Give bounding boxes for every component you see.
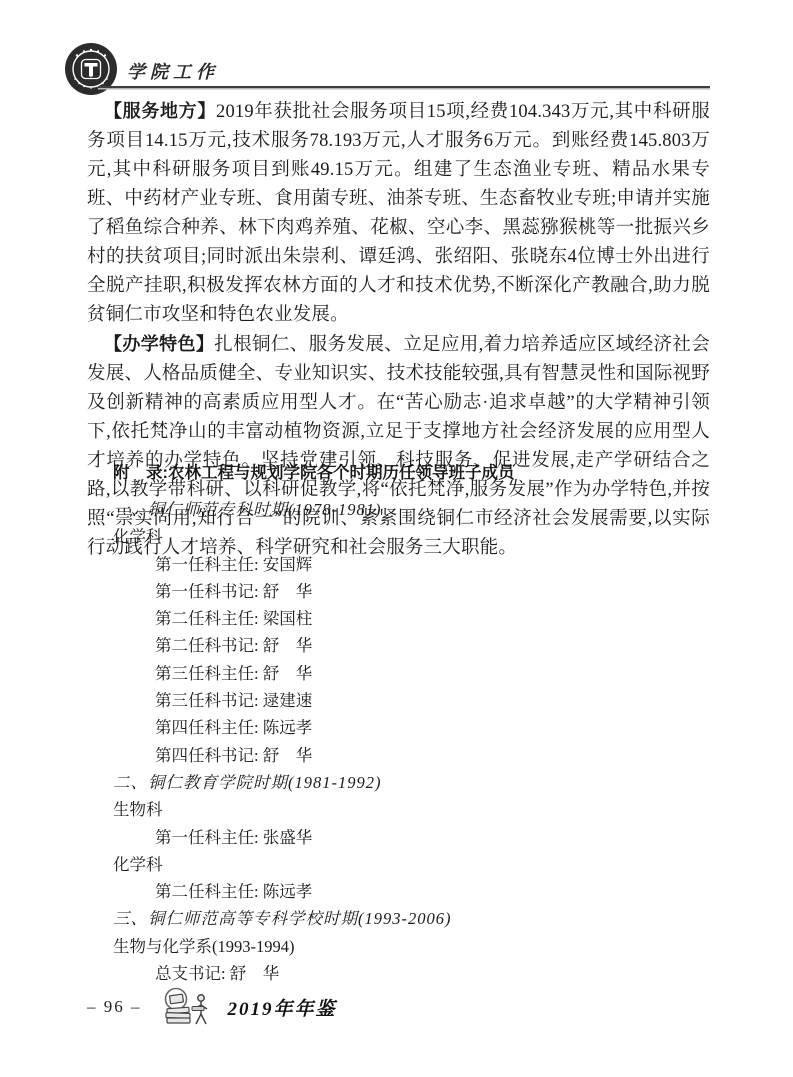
appendix-role-entry: 第一任科主任: 安国辉 [87, 551, 727, 578]
appendix-section: 附 录:农林工程与规划学院各个时期历任领导班子成员 一、铜仁师范专科时期(197… [87, 459, 727, 987]
appendix-role-entry: 第一任科书记: 舒 华 [87, 578, 727, 605]
section-title: 学院工作 [127, 58, 219, 84]
appendix-roster: 一、铜仁师范专科时期(1978-1981) 化学科 第一任科主任: 安国辉 第一… [87, 496, 727, 987]
paragraph-service-text: 2019年获批社会服务项目15项,经费104.343万元,其中科研服务项目14.… [87, 102, 710, 325]
appendix-period-heading: 三、铜仁师范高等专科学校时期(1993-2006) [87, 905, 727, 932]
appendix-role-entry: 总支书记: 舒 华 [87, 960, 727, 987]
appendix-period-heading: 二、铜仁教育学院时期(1981-1992) [87, 769, 727, 796]
header-rule [98, 86, 710, 88]
appendix-role-entry: 第一任科主任: 张盛华 [87, 824, 727, 851]
paragraph-service: 【服务地方】2019年获批社会服务项目15项,经费104.343万元,其中科研服… [87, 97, 710, 330]
paragraph-features-tag: 【办学特色】 [104, 334, 214, 354]
appendix-role-entry: 第三任科主任: 舒 华 [87, 660, 727, 687]
appendix-dept-heading: 生物科 [87, 796, 727, 823]
appendix-role-entry: 第三任科书记: 逯建速 [87, 687, 727, 714]
appendix-dept-heading: 生物与化学系(1993-1994) [87, 933, 727, 960]
appendix-title: 附 录:农林工程与规划学院各个时期历任领导班子成员 [87, 459, 727, 483]
appendix-role-entry: 第二任科主任: 陈远孝 [87, 878, 727, 905]
appendix-role-entry: 第二任科主任: 梁国柱 [87, 605, 727, 632]
appendix-role-entry: 第四任科主任: 陈远孝 [87, 714, 727, 741]
appendix-period-heading: 一、铜仁师范专科时期(1978-1981) [87, 496, 727, 523]
books-and-reader-mascot-icon [155, 986, 215, 1028]
yearbook-page: 学院工作 【服务地方】2019年获批社会服务项目15项,经费104.343万元,… [0, 0, 793, 1077]
appendix-role-entry: 第二任科书记: 舒 华 [87, 632, 727, 659]
page-number: – 96 – [87, 997, 142, 1017]
page-footer: – 96 – 2019年年鉴 [87, 986, 337, 1028]
yearbook-title: 2019年年鉴 [228, 994, 337, 1021]
paragraph-service-tag: 【服务地方】 [104, 101, 216, 121]
appendix-dept-heading: 化学科 [87, 523, 727, 550]
appendix-role-entry: 第四任科书记: 舒 华 [87, 742, 727, 769]
appendix-dept-heading: 化学科 [87, 851, 727, 878]
